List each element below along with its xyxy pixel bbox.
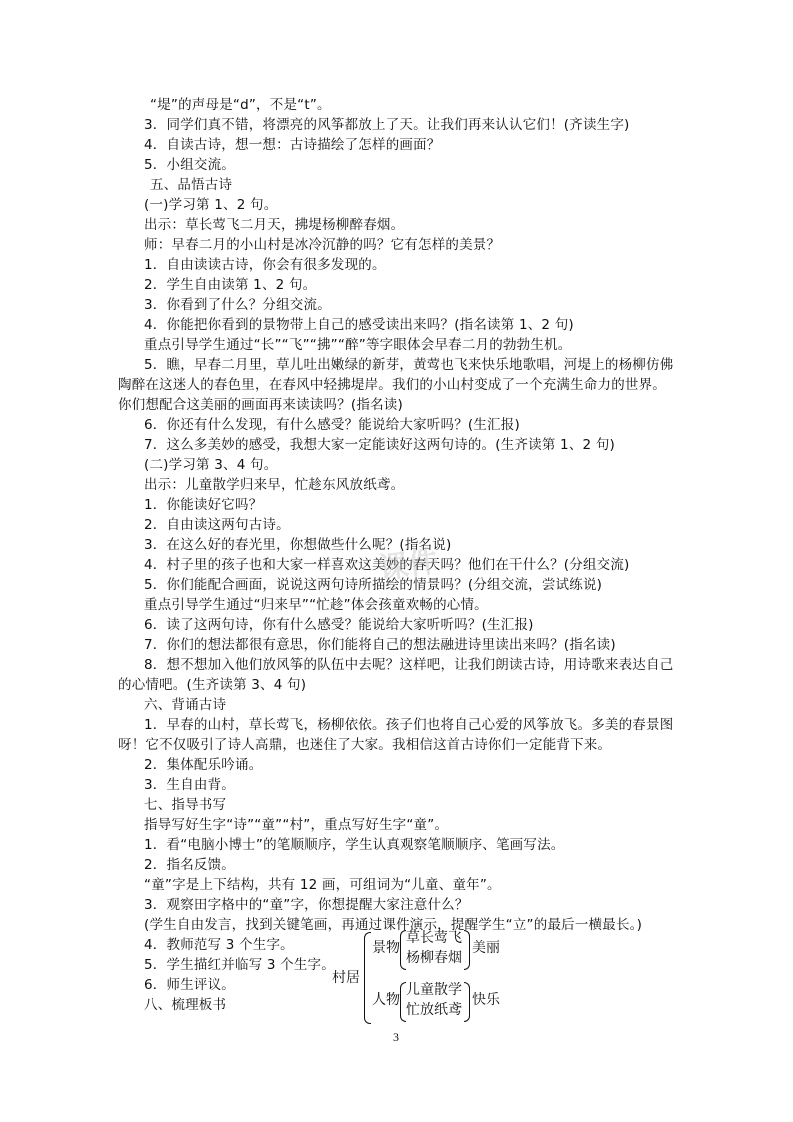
board-branch-label: 景物 bbox=[372, 938, 400, 958]
text-line: 7．你们的想法都很有意思，你们能将自己的想法融进诗里读出来吗？(指名读) bbox=[144, 635, 616, 655]
text-line: 五、品悟古诗 bbox=[150, 175, 232, 195]
text-line: 5．学生描红并临写 3 个生字。 bbox=[144, 955, 335, 975]
text-line: 7．这么多美妙的感受，我想大家一定能读好这两句诗的。(生齐读第 1、2 句) bbox=[144, 435, 615, 455]
text-line: (二)学习第 3、4 句。 bbox=[144, 455, 277, 475]
text-line: 5．瞧，早春二月里，草儿吐出嫩绿的新芽，黄莺也飞来快乐地歌唱，河堤上的杨柳仿佛 bbox=[144, 355, 673, 375]
text-line: 4．自读古诗，想一想：古诗描绘了怎样的画面？ bbox=[144, 135, 441, 155]
summary-brace bbox=[464, 982, 470, 1022]
text-line: 1．自由读读古诗，你会有很多发现的。 bbox=[144, 255, 386, 275]
text-line: 3．你看到了什么？分组交流。 bbox=[144, 295, 331, 315]
text-line: 重点引导学生通过“长”“飞”“拂”“醉”等字眼体会早春二月的勃勃生机。 bbox=[144, 335, 571, 355]
board-item: 草长莺飞 bbox=[406, 928, 462, 948]
text-line: 6．你还有什么发现，有什么感受？能说给大家听吗？(生汇报) bbox=[144, 415, 520, 435]
board-item: 杨柳春烟 bbox=[406, 948, 462, 968]
text-line: 4．你能把你看到的景物带上自己的感受读出来吗？(指名读第 1、2 句) bbox=[144, 315, 574, 335]
board-item: 忙放纸鸢 bbox=[406, 1000, 462, 1020]
board-branch-label: 人物 bbox=[372, 990, 400, 1010]
text-line: 呀！它不仅吸引了诗人高鼎，也迷住了大家。我相信这首古诗你们一定能背下来。 bbox=[118, 735, 611, 755]
text-line: 1．你能读好它吗？ bbox=[144, 495, 262, 515]
text-line: 2．学生自由读第 1、2 句。 bbox=[144, 275, 316, 295]
text-line: 出示：草长莺飞二月天，拂堤杨柳醉春烟。 bbox=[144, 215, 404, 235]
watermark: 课件 bbox=[375, 536, 441, 588]
text-line: 5．小组交流。 bbox=[144, 155, 235, 175]
text-line: “堤”的声母是“d”，不是“t”。 bbox=[150, 95, 331, 115]
text-line: 4．教师范写 3 个生字。 bbox=[144, 935, 294, 955]
text-line: 5．你们能配合画面，说说这两句诗所描绘的情景吗？(分组交流，尝试练说) bbox=[144, 575, 602, 595]
text-line: 3．生自由背。 bbox=[144, 775, 235, 795]
blackboard-summary-diagram: 村居 景物 草长莺飞 杨柳春烟 美丽 人物 儿童散学 忙放纸鸢 快乐 bbox=[332, 928, 532, 1028]
text-line: 八、梳理板书 bbox=[144, 995, 226, 1015]
text-line: 1．看“电脑小博士”的笔顺顺序，学生认真观察笔顺顺序、笔画写法。 bbox=[144, 835, 564, 855]
text-line: 陶醉在这迷人的春色里，在春风中轻拂堤岸。我们的小山村变成了一个充满生命力的世界。 bbox=[118, 375, 666, 395]
text-line: 指导写好生字“诗”“童”“村”，重点写好生字“童”。 bbox=[144, 815, 448, 835]
text-line: 6．师生评议。 bbox=[144, 975, 235, 995]
document-page: “堤”的声母是“d”，不是“t”。3．同学们真不错，将漂亮的风筝都放上了天。让我… bbox=[0, 0, 793, 1122]
board-item: 儿童散学 bbox=[406, 980, 462, 1000]
board-root: 村居 bbox=[332, 968, 360, 988]
text-line: 出示：儿童散学归来早，忙趁东风放纸鸢。 bbox=[144, 475, 404, 495]
text-line: 6．读了这两句诗，你有什么感受？能说给大家听听吗？(生汇报) bbox=[144, 615, 534, 635]
text-line: 重点引导学生通过“归来早”“忙趁”体会孩童欢畅的心情。 bbox=[144, 595, 488, 615]
text-line: 师：早春二月的小山村是冰冷沉静的吗？它有怎样的美景？ bbox=[144, 235, 500, 255]
text-line: 七、指导书写 bbox=[144, 795, 226, 815]
text-line: (一)学习第 1、2 句。 bbox=[144, 195, 277, 215]
board-summary: 美丽 bbox=[472, 938, 500, 958]
text-line: 3．观察田字格中的“童”字，你想提醒大家注意什么？ bbox=[144, 895, 469, 915]
text-line: 8．想不想加入他们放风筝的队伍中去呢？这样吧，让我们朗读古诗，用诗歌来表达自己 bbox=[144, 655, 673, 675]
text-line: “童”字是上下结构，共有 12 画，可组词为“儿童、童年”。 bbox=[144, 875, 501, 895]
text-line: 你们想配合这美丽的画面再来读读吗？(指名读) bbox=[118, 395, 403, 415]
text-line: 1．早春的山村，草长莺飞，杨柳依依。孩子们也将自己心爱的风筝放飞。多美的春景图 bbox=[144, 715, 673, 735]
text-line: 的心情吧。(生齐读第 3、4 句) bbox=[118, 675, 306, 695]
text-line: 六、背诵古诗 bbox=[144, 695, 226, 715]
summary-brace bbox=[464, 930, 470, 970]
text-line: 3．同学们真不错，将漂亮的风筝都放上了天。让我们再来认认它们！(齐读生字) bbox=[144, 115, 630, 135]
text-line: 2．指名反馈。 bbox=[144, 855, 235, 875]
root-brace bbox=[364, 932, 371, 1024]
board-summary: 快乐 bbox=[472, 990, 500, 1010]
text-line: 2．自由读这两句古诗。 bbox=[144, 515, 290, 535]
page-number: 3 bbox=[393, 1030, 399, 1045]
text-line: 2．集体配乐吟诵。 bbox=[144, 755, 262, 775]
